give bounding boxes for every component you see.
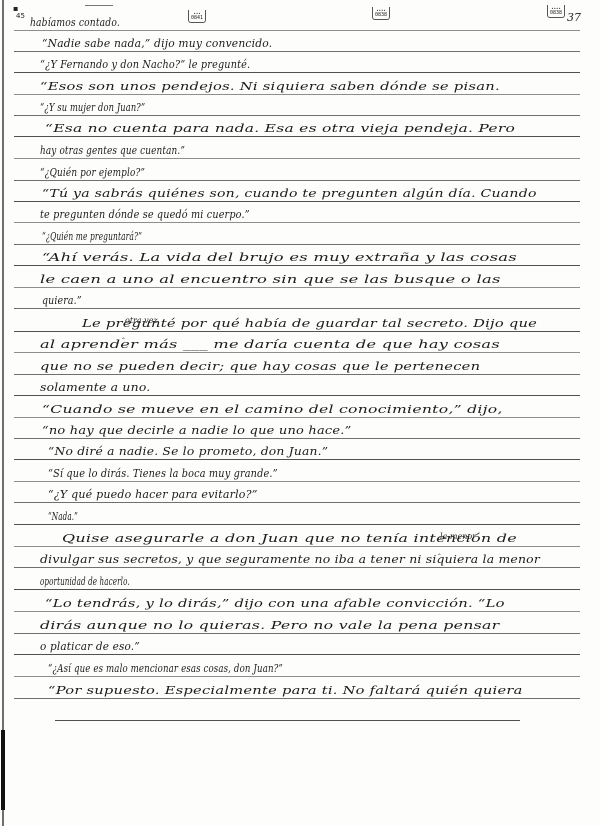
- handwritten-line: solamente a uno.: [40, 380, 150, 394]
- ruled-line: [14, 158, 580, 159]
- ruled-line: [14, 633, 580, 634]
- insertion-caret-icon: ‸: [438, 546, 441, 555]
- handwritten-line: te pregunten dónde se quedó mi cuerpo.”: [40, 207, 250, 221]
- handwritten-line: “Cuando se mueve en el camino del conoci…: [42, 402, 503, 416]
- ruled-line: [14, 502, 580, 503]
- handwritten-line: divulgar sus secretos, y que seguramente…: [40, 552, 540, 566]
- ruled-line: [14, 654, 580, 655]
- ruled-line: [14, 481, 580, 482]
- interlinear-insertion: otra vez: [125, 316, 158, 325]
- handwritten-line: “¿Y Fernando y don Nacho?” le pregunté.: [40, 57, 250, 71]
- ruled-line: [14, 395, 580, 396]
- handwritten-line: “¿Y qué puedo hacer para evitarlo?”: [48, 487, 258, 501]
- ruled-line: [14, 589, 580, 590]
- handwritten-line: “Tú ya sabrás quiénes son, cuando te pre…: [42, 186, 537, 200]
- top-dash-mark: [85, 5, 113, 6]
- ruled-line: [14, 180, 580, 181]
- ruled-line: [14, 244, 580, 245]
- ruled-line: [14, 374, 580, 375]
- insertion-caret-icon: ‸: [122, 330, 125, 339]
- handwritten-line: dirás aunque no lo quieras. Pero no vale…: [40, 618, 499, 632]
- ruled-line: [14, 115, 580, 116]
- manuscript-page: ▪ 45 ••• 0841 •••• 0838 •••• 0838 37 hab…: [0, 0, 600, 826]
- handwritten-line: “Nadie sabe nada,” dijo muy convencido.: [42, 36, 272, 50]
- ruled-line: [14, 676, 580, 677]
- ruled-line: [14, 417, 580, 418]
- scan-shadow: [1, 730, 5, 810]
- ruled-line: [14, 611, 580, 612]
- ruled-line: [14, 94, 580, 95]
- handwritten-line: habíamos contado.: [30, 15, 120, 29]
- ruled-line: [14, 72, 580, 73]
- handwritten-line: “¿Así que es malo mencionar esas cosas, …: [48, 661, 283, 675]
- handwritten-line: o platicar de eso.”: [40, 639, 140, 653]
- handwritten-line: que no se pueden decir; que hay cosas qu…: [40, 359, 480, 373]
- handwritten-line: “no hay que decirle a nadie lo que uno h…: [42, 423, 352, 437]
- ruled-line: [14, 265, 580, 266]
- ruled-line: [14, 30, 580, 31]
- handwritten-line: “Por supuesto. Especialmente para ti. No…: [48, 683, 523, 697]
- handwritten-line: “Sí que lo dirás. Tienes la boca muy gra…: [48, 466, 278, 480]
- handwritten-line: le caen a uno al encuentro sin que se la…: [40, 272, 501, 286]
- archive-stamp: •••• 0838: [547, 5, 565, 18]
- page-marker-left: 45: [16, 12, 25, 20]
- interlinear-insertion: la menor: [440, 532, 476, 541]
- page-number: 37: [567, 11, 581, 24]
- handwritten-line: “No diré a nadie. Se lo prometo, don Jua…: [48, 444, 328, 458]
- ruled-line: [14, 567, 580, 568]
- ruled-line: [14, 546, 580, 547]
- handwritten-line: oportunidad de hacerlo.: [40, 574, 130, 588]
- archive-stamp: •••• 0838: [372, 7, 390, 20]
- handwritten-line: “¿Quién por ejemplo?”: [40, 165, 145, 179]
- ruled-line: [14, 287, 580, 288]
- ruled-line: [14, 51, 580, 52]
- handwritten-line: “¿Quién me preguntará?”: [42, 229, 142, 243]
- ruled-line: [14, 136, 580, 137]
- handwritten-line: al aprender más ___ me daría cuenta de q…: [40, 337, 500, 351]
- ruled-line: [14, 438, 580, 439]
- handwritten-line: “Ahí verás. La vida del brujo es muy ext…: [42, 250, 517, 264]
- handwritten-line: hay otras gentes que cuentan.”: [40, 143, 185, 157]
- ruled-line: [14, 308, 580, 309]
- page-left-edge: [2, 0, 4, 826]
- ruled-line: [14, 524, 580, 525]
- stamp-number: 0838: [375, 13, 387, 18]
- ruled-line: [14, 352, 580, 353]
- ruled-line: [14, 201, 580, 202]
- ruled-line: [14, 222, 580, 223]
- ruled-line: [14, 459, 580, 460]
- archive-stamp: ••• 0841: [188, 10, 206, 23]
- handwritten-line: “Lo tendrás, y lo dirás,” dijo con una a…: [45, 596, 505, 610]
- handwritten-line: quiera.”: [42, 293, 82, 307]
- ruled-line: [55, 720, 520, 721]
- stamp-number: 0841: [191, 16, 203, 21]
- handwritten-line: “¿Y su mujer don Juan?”: [40, 100, 145, 114]
- stamp-number: 0838: [550, 11, 562, 16]
- handwritten-line: “Nada.”: [48, 509, 78, 523]
- handwritten-line: “Esa no cuenta para nada. Esa es otra vi…: [45, 121, 515, 135]
- handwritten-line: “Esos son unos pendejos. Ni siquiera sab…: [40, 79, 500, 93]
- ruled-line: [14, 331, 580, 332]
- ruled-line: [14, 698, 580, 699]
